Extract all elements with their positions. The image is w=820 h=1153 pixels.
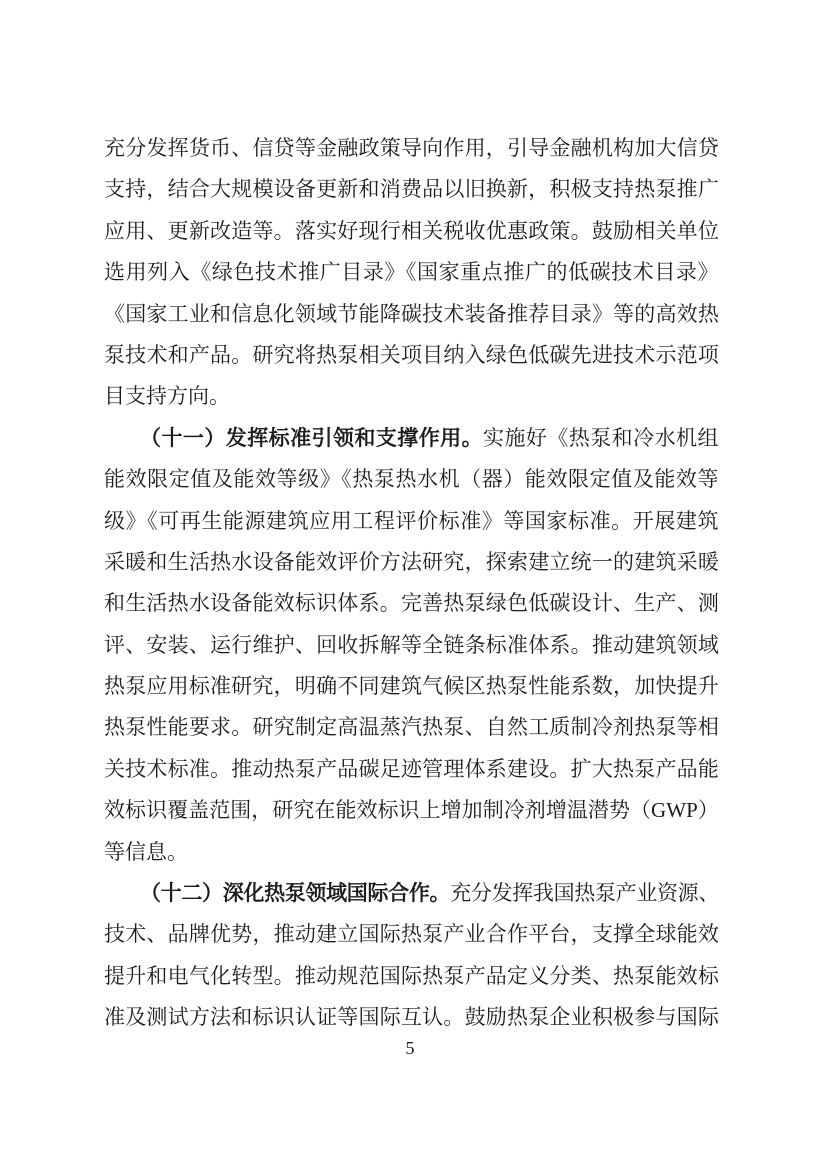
line-text: 级》《可再生能源建筑应用工程评价标准》等国家标准。开展建筑 (104, 509, 719, 533)
text-line: 级》《可再生能源建筑应用工程评价标准》等国家标准。开展建筑 (104, 501, 719, 542)
text-line: 《国家工业和信息化领域节能降碳技术装备推荐目录》等的高效热 (104, 294, 719, 335)
document-page: 充分发挥货币、信贷等金融政策导向作用，引导金融机构加大信贷支持，结合大规模设备更… (0, 0, 820, 1153)
text-line: 泵技术和产品。研究将热泵相关项目纳入绿色低碳先进技术示范项 (104, 335, 719, 376)
line-text: 充分发挥我国热泵产业资源、 (450, 881, 719, 905)
line-text: 《国家工业和信息化领域节能降碳技术装备推荐目录》等的高效热 (104, 302, 719, 326)
line-text: 应用、更新改造等。落实好现行相关税收优惠政策。鼓励相关单位 (104, 219, 719, 243)
line-text: 目支持方向。 (104, 384, 230, 408)
line-text: 等信息。 (104, 840, 188, 864)
text-line: 采暖和生活热水设备能效评价方法研究，探索建立统一的建筑采暖 (104, 542, 719, 583)
text-line: 效标识覆盖范围，研究在能效标识上增加制冷剂增温潜势（GWP） (104, 790, 719, 831)
text-line: （十一）发挥标准引领和支撑作用。实施好《热泵和冷水机组 (104, 418, 719, 459)
text-line: 和生活热水设备能效标识体系。完善热泵绿色低碳设计、生产、测 (104, 583, 719, 624)
line-text: 采暖和生活热水设备能效评价方法研究，探索建立统一的建筑采暖 (104, 550, 719, 574)
line-text: 支持，结合大规模设备更新和消费品以旧换新，积极支持热泵推广 (104, 177, 719, 201)
line-text: 热泵性能要求。研究制定高温蒸汽热泵、自然工质制冷剂热泵等相 (104, 715, 719, 739)
text-line: 选用列入《绿色技术推广目录》《国家重点推广的低碳技术目录》 (104, 252, 719, 293)
text-line: 热泵性能要求。研究制定高温蒸汽热泵、自然工质制冷剂热泵等相 (104, 707, 719, 748)
text-line: 技术、品牌优势，推动建立国际热泵产业合作平台，支撑全球能效 (104, 914, 719, 955)
line-text: 泵技术和产品。研究将热泵相关项目纳入绿色低碳先进技术示范项 (104, 343, 719, 367)
text-line: 关技术标准。推动热泵产品碳足迹管理体系建设。扩大热泵产品能 (104, 749, 719, 790)
page-number: 5 (0, 1034, 820, 1062)
line-text: 技术、品牌优势，推动建立国际热泵产业合作平台，支撑全球能效 (104, 922, 719, 946)
line-text: 充分发挥货币、信贷等金融政策导向作用，引导金融机构加大信贷 (104, 136, 719, 160)
text-line: 应用、更新改造等。落实好现行相关税收优惠政策。鼓励相关单位 (104, 211, 719, 252)
line-text: 和生活热水设备能效标识体系。完善热泵绿色低碳设计、生产、测 (104, 591, 719, 615)
text-line: 评、安装、运行维护、回收拆解等全链条标准体系。推动建筑领域 (104, 625, 719, 666)
line-text: 能效限定值及能效等级》《热泵热水机（器）能效限定值及能效等 (104, 467, 719, 491)
text-line: （十二）深化热泵领域国际合作。充分发挥我国热泵产业资源、 (104, 873, 719, 914)
line-text: 实施好《热泵和冷水机组 (483, 426, 719, 450)
text-line: 支持，结合大规模设备更新和消费品以旧换新，积极支持热泵推广 (104, 169, 719, 210)
text-line: 能效限定值及能效等级》《热泵热水机（器）能效限定值及能效等 (104, 459, 719, 500)
line-text: 效标识覆盖范围，研究在能效标识上增加制冷剂增温潜势（GWP） (104, 798, 719, 822)
line-text: 热泵应用标准研究，明确不同建筑气候区热泵性能系数，加快提升 (104, 674, 719, 698)
text-line: 准及测试方法和标识认证等国际互认。鼓励热泵企业积极参与国际 (104, 997, 719, 1038)
text-line: 等信息。 (104, 832, 719, 873)
line-text: 关技术标准。推动热泵产品碳足迹管理体系建设。扩大热泵产品能 (104, 757, 719, 781)
line-text: 提升和电气化转型。推动规范国际热泵产品定义分类、热泵能效标 (104, 964, 719, 988)
paragraph-lead: （十二）深化热泵领域国际合作。 (140, 881, 450, 905)
text-block: 充分发挥货币、信贷等金融政策导向作用，引导金融机构加大信贷支持，结合大规模设备更… (104, 128, 719, 1039)
line-text: 准及测试方法和标识认证等国际互认。鼓励热泵企业积极参与国际 (104, 1005, 719, 1029)
text-line: 充分发挥货币、信贷等金融政策导向作用，引导金融机构加大信贷 (104, 128, 719, 169)
text-line: 提升和电气化转型。推动规范国际热泵产品定义分类、热泵能效标 (104, 956, 719, 997)
text-line: 热泵应用标准研究，明确不同建筑气候区热泵性能系数，加快提升 (104, 666, 719, 707)
text-line: 目支持方向。 (104, 376, 719, 417)
line-text: 评、安装、运行维护、回收拆解等全链条标准体系。推动建筑领域 (104, 633, 719, 657)
line-text: 选用列入《绿色技术推广目录》《国家重点推广的低碳技术目录》 (104, 260, 719, 284)
paragraph-lead: （十一）发挥标准引领和支撑作用。 (140, 426, 483, 450)
